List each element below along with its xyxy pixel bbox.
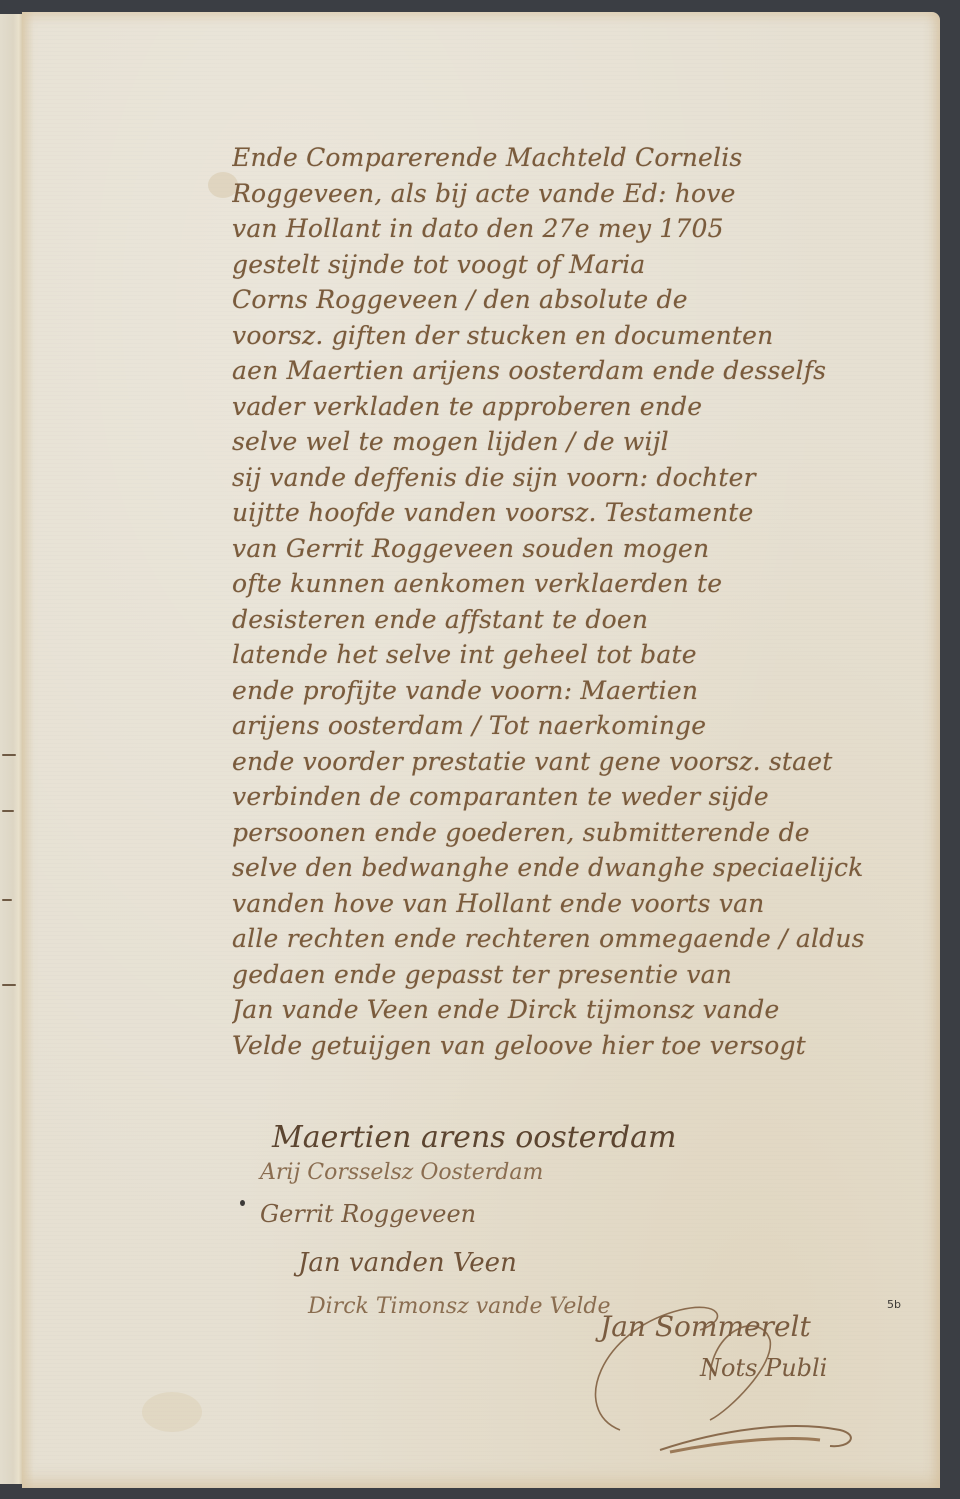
manuscript-body: Ende Comparerende Machteld Cornelis Rogg… bbox=[232, 140, 922, 1063]
page-gutter bbox=[22, 12, 34, 1488]
notary-title: Nots Publi bbox=[700, 1354, 827, 1382]
facing-page-edge bbox=[0, 14, 23, 1484]
body-line: Ende Comparerende Machteld Cornelis bbox=[232, 140, 922, 176]
signature: Arij Corsselsz Oosterdam bbox=[260, 1160, 543, 1185]
signature: Gerrit Roggeveen bbox=[260, 1200, 476, 1228]
body-line: persoonen ende goederen, submitterende d… bbox=[232, 815, 922, 851]
body-line: van Hollant in dato den 27e mey 1705 bbox=[232, 211, 922, 247]
body-line: Roggeveen, als bij acte vande Ed: hove bbox=[232, 176, 922, 212]
body-line: alle rechten ende rechteren ommegaende /… bbox=[232, 921, 922, 957]
body-line: van Gerrit Roggeveen souden mogen bbox=[232, 531, 922, 567]
body-line: Jan vande Veen ende Dirck tijmonsz vande bbox=[232, 992, 922, 1028]
body-line: sij vande deffenis die sijn voorn: docht… bbox=[232, 460, 922, 496]
body-line: gestelt sijnde tot voogt of Maria bbox=[232, 247, 922, 283]
body-line: ende voorder prestatie vant gene voorsz.… bbox=[232, 744, 922, 780]
signature: Maertien arens oosterdam bbox=[272, 1120, 676, 1155]
body-line: vader verkladen te approberen ende bbox=[232, 389, 922, 425]
notary-name: Jan Sommerelt bbox=[600, 1310, 811, 1343]
body-line: Velde getuijgen van geloove hier toe ver… bbox=[232, 1028, 922, 1064]
folio-number: 5b bbox=[887, 1298, 901, 1311]
body-line: selve wel te mogen lijden / de wijl bbox=[232, 424, 922, 460]
body-line: gedaen ende gepasst ter presentie van bbox=[232, 957, 922, 993]
body-line: ofte kunnen aenkomen verklaerden te bbox=[232, 566, 922, 602]
body-line: ende profijte vande voorn: Maertien bbox=[232, 673, 922, 709]
body-line: Corns Roggeveen / den absolute de bbox=[232, 282, 922, 318]
body-line: voorsz. giften der stucken en documenten bbox=[232, 318, 922, 354]
body-line: verbinden de comparanten te weder sijde bbox=[232, 779, 922, 815]
body-line: uijtte hoofde vanden voorsz. Testamente bbox=[232, 495, 922, 531]
paper-stain bbox=[142, 1392, 202, 1432]
body-line: desisteren ende affstant te doen bbox=[232, 602, 922, 638]
signature: Jan vanden Veen bbox=[298, 1248, 517, 1278]
ink-blot bbox=[240, 1200, 245, 1206]
body-line: aen Maertien arijens oosterdam ende dess… bbox=[232, 353, 922, 389]
body-line: latende het selve int geheel tot bate bbox=[232, 637, 922, 673]
body-line: vanden hove van Hollant ende voorts van bbox=[232, 886, 922, 922]
body-line: selve den bedwanghe ende dwanghe speciae… bbox=[232, 850, 922, 886]
notary-signature: Jan Sommerelt Nots Publi bbox=[560, 1310, 920, 1460]
body-line: arijens oosterdam / Tot naerkominge bbox=[232, 708, 922, 744]
